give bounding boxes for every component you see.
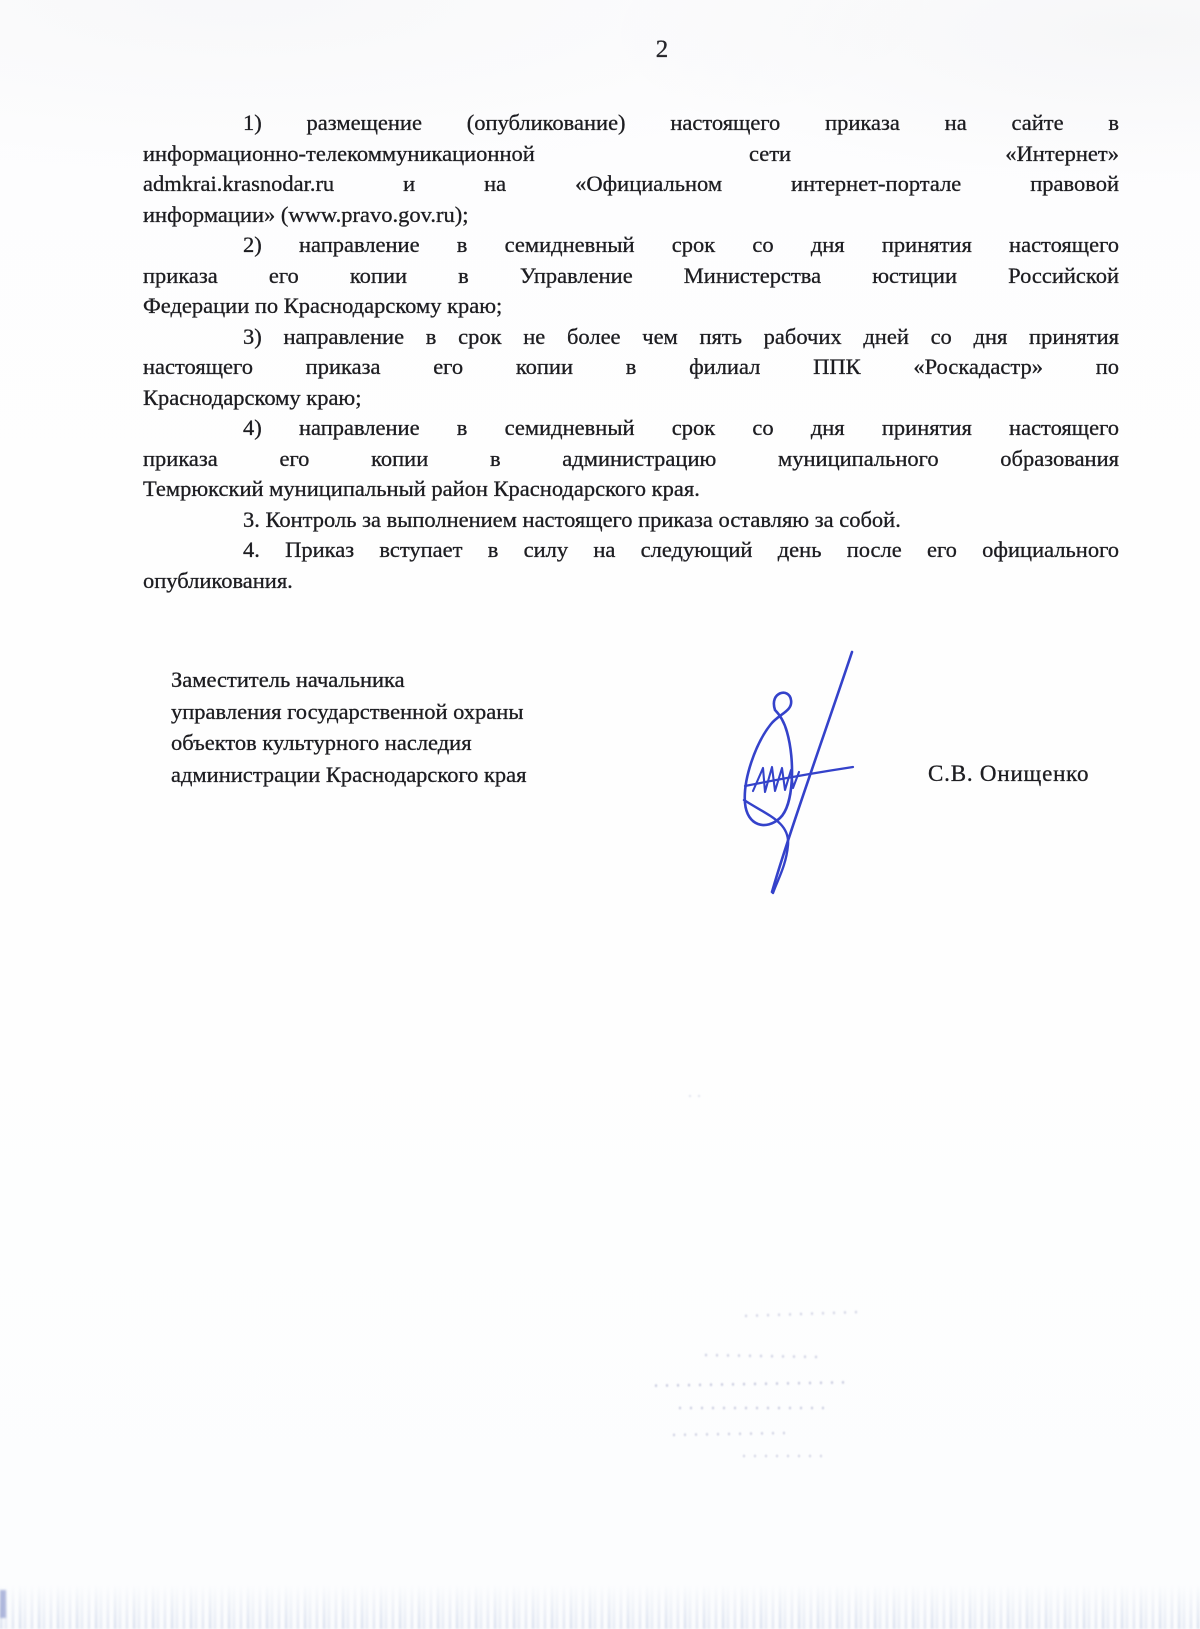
- text-line: приказа его копии в Управление Министерс…: [143, 261, 1119, 292]
- signatory-title-line: Заместитель начальника: [171, 664, 527, 696]
- body-text: 1) размещение (опубликование) настоящего…: [143, 108, 1119, 596]
- bleedthrough-mark: [702, 1349, 820, 1363]
- page-number: 2: [640, 36, 684, 64]
- signature-stroke: [772, 652, 852, 892]
- bottom-bleedthrough-strip: [0, 1584, 1200, 1629]
- scanned-document-page: 2 1) размещение (опубликование) настояще…: [0, 0, 1200, 1629]
- text-line: информации» (www.pravo.gov.ru);: [143, 200, 1119, 231]
- paragraph-item-1: 1) размещение (опубликование) настоящего…: [143, 108, 1119, 230]
- text-line: 3. Контроль за выполнением настоящего пр…: [143, 505, 1119, 536]
- text-line: 4) направление в семидневный срок со дня…: [143, 413, 1119, 444]
- signature-stroke: [744, 800, 788, 893]
- signatory-title-line: управления государственной охраны: [171, 696, 527, 728]
- signatory-title: Заместитель начальника управления госуда…: [171, 664, 527, 790]
- text-line: admkrai.krasnodar.ru и на «Официальном и…: [143, 169, 1119, 200]
- text-line: 3) направление в срок не более чем пять …: [143, 322, 1119, 353]
- bleedthrough-mark: [686, 1092, 706, 1100]
- scan-edge-artifact: [0, 1590, 6, 1618]
- text-line: 4. Приказ вступает в силу на следующий д…: [143, 535, 1119, 566]
- paragraph-item-3: 3) направление в срок не более чем пять …: [143, 322, 1119, 414]
- text-line: информационно-телекоммуникационной сети …: [143, 139, 1119, 170]
- bleedthrough-mark: [676, 1402, 824, 1414]
- text-line: опубликования.: [143, 566, 1119, 597]
- text-line: приказа его копии в администрацию муници…: [143, 444, 1119, 475]
- signatory-title-line: администрации Краснодарского края: [171, 759, 527, 791]
- paragraph-control-clause: 3. Контроль за выполнением настоящего пр…: [143, 505, 1119, 536]
- signer-name: С.В. Онищенко: [928, 761, 1089, 787]
- paragraph-item-4: 4) направление в семидневный срок со дня…: [143, 413, 1119, 505]
- paragraph-item-2: 2) направление в семидневный срок со дня…: [143, 230, 1119, 322]
- bleedthrough-mark: [652, 1376, 850, 1391]
- signature-ink: [735, 640, 865, 900]
- paragraph-effective-date-clause: 4. Приказ вступает в силу на следующий д…: [143, 535, 1119, 596]
- text-line: 1) размещение (опубликование) настоящего…: [143, 108, 1119, 139]
- signatory-title-line: объектов культурного наследия: [171, 727, 527, 759]
- text-line: Краснодарскому краю;: [143, 383, 1119, 414]
- text-line: Федерации по Краснодарскому краю;: [143, 291, 1119, 322]
- bleedthrough-mark: [670, 1427, 785, 1441]
- bleedthrough-mark: [740, 1450, 822, 1462]
- text-line: настоящего приказа его копии в филиал ПП…: [143, 352, 1119, 383]
- bleedthrough-mark: [742, 1306, 860, 1322]
- text-line: 2) направление в семидневный срок со дня…: [143, 230, 1119, 261]
- text-line: Темрюкский муниципальный район Краснодар…: [143, 474, 1119, 505]
